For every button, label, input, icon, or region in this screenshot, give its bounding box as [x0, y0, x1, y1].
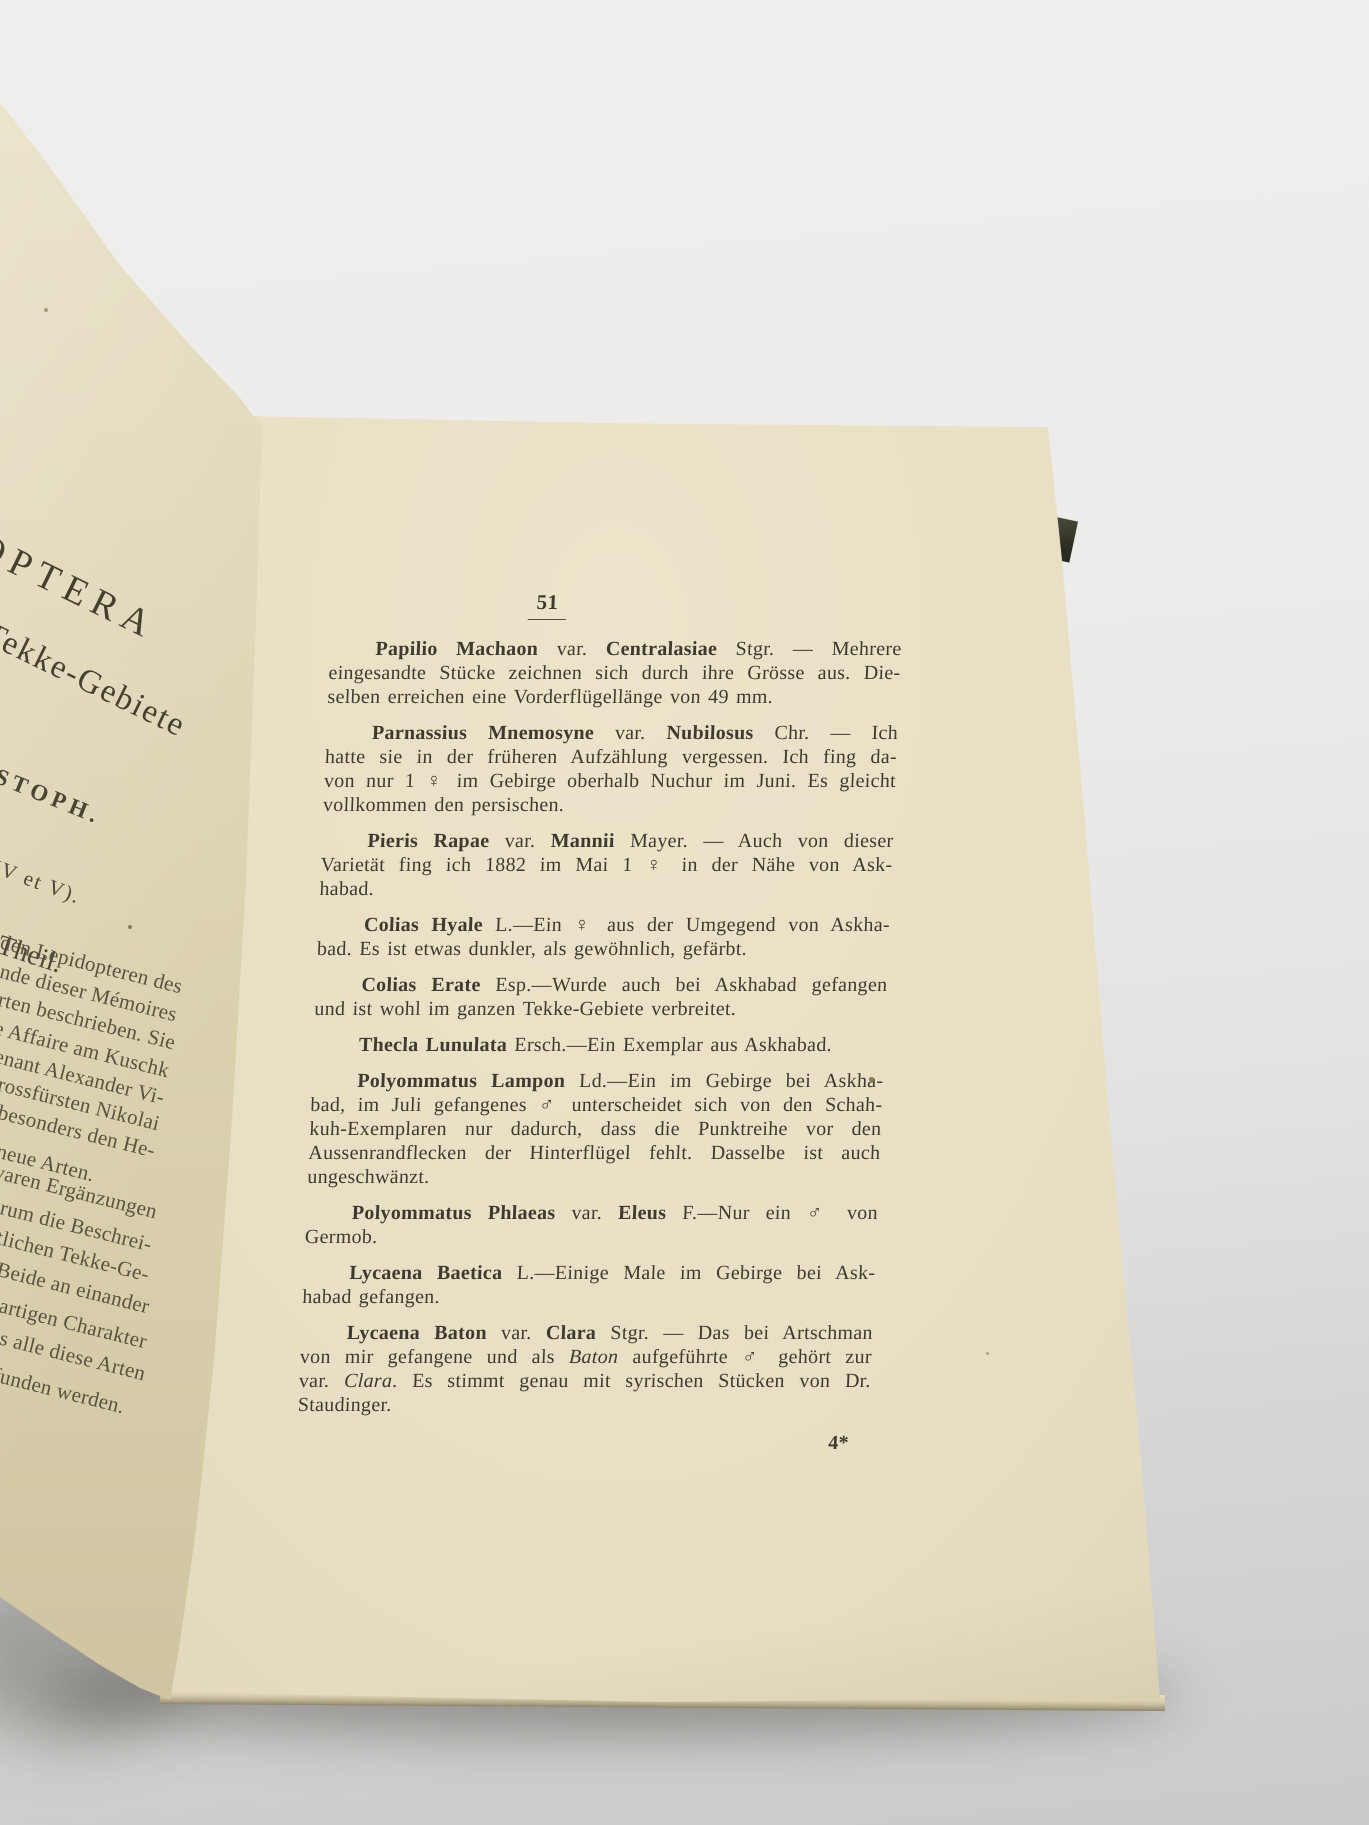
species-name: Mannii	[550, 830, 615, 852]
text-segment: bad, im Juli gefangenes ♂ unterscheidet …	[310, 1094, 883, 1116]
species-name: Papilio Machaon	[375, 638, 539, 660]
text-line: Colias Erate Esp.—Wurde auch bei Askhaba…	[315, 973, 888, 997]
species-name: Polyommatus Phlaeas	[351, 1202, 556, 1224]
text-segment: ungeschwänzt.	[307, 1166, 430, 1188]
text-segment: Ld.—Ein im Gebirge bei Askha-	[565, 1070, 884, 1092]
body-paragraphs: Papilio Machaon var. Centralasiae Stgr. …	[297, 637, 902, 1417]
paragraph: Polyommatus Lampon Ld.—Ein im Gebirge be…	[307, 1069, 884, 1189]
text-line: selben erreichen eine Vorderflügellänge …	[327, 685, 900, 709]
text-line: Lycaena Baetica L.—Einige Male im Gebirg…	[303, 1261, 876, 1285]
paragraph: Papilio Machaon var. Centralasiae Stgr. …	[327, 637, 902, 709]
species-name: Lycaena Baton	[346, 1322, 487, 1344]
text-line: bad, im Juli gefangenes ♂ unterscheidet …	[310, 1093, 883, 1117]
text-segment: habad gefangen.	[302, 1286, 440, 1308]
species-name: Colias Erate	[361, 974, 481, 996]
text-segment: bad. Es ist etwas dunkler, als gewöhnlic…	[316, 938, 747, 960]
text-line: von nur 1 ♀ im Gebirge oberhalb Nuchur i…	[323, 769, 896, 793]
text-segment: Mayer. — Auch von dieser	[614, 830, 894, 852]
text-segment: kuh-Exemplaren nur dadurch, dass die Pun…	[309, 1118, 882, 1140]
text-segment: F.—Nur ein ♂ von	[666, 1202, 879, 1224]
text-segment: Germob.	[304, 1226, 378, 1248]
text-segment: L.—Einige Male im Gebirge bei Ask-	[502, 1262, 876, 1284]
text-line: Polyommatus Phlaeas var. Eleus F.—Nur ei…	[305, 1201, 878, 1225]
text-segment: var.	[538, 638, 607, 660]
species-name: Eleus	[618, 1202, 667, 1224]
species-name: Centralasiae	[605, 638, 717, 660]
text-line: Lycaena Baton var. Clara Stgr. — Das bei…	[300, 1321, 873, 1345]
text-segment: selben erreichen eine Vorderflügellänge …	[327, 686, 774, 708]
text-segment: Chr. — Ich	[753, 722, 898, 744]
text-line: bad. Es ist etwas dunkler, als gewöhnlic…	[316, 937, 889, 961]
text-line: Staudinger.	[297, 1393, 870, 1417]
text-line: kuh-Exemplaren nur dadurch, dass die Pun…	[309, 1117, 882, 1141]
text-line: hatte sie in der früheren Aufzählung ver…	[324, 745, 897, 769]
text-line: Germob.	[304, 1225, 877, 1249]
text-line: ungeschwänzt.	[307, 1165, 880, 1189]
text-line: Thecla Lunulata Ersch.—Ein Exemplar aus …	[312, 1033, 885, 1057]
paragraph: Lycaena Baetica L.—Einige Male im Gebirg…	[302, 1261, 876, 1309]
text-segment: vollkommen den persischen.	[323, 794, 565, 816]
paragraph: Polyommatus Phlaeas var. Eleus F.—Nur ei…	[304, 1201, 878, 1249]
text-segment: eingesandte Stücke zeichnen sich durch i…	[328, 662, 901, 684]
text-line: Pieris Rapae var. Mannii Mayer. — Auch v…	[321, 829, 894, 853]
text-segment: var.	[555, 1202, 619, 1224]
species-name: Nubilosus	[666, 722, 754, 744]
text-line: var. Clara. Es stimmt genau mit syrische…	[298, 1369, 871, 1393]
text-line: habad.	[319, 877, 892, 901]
photo-of-open-book: 51 Papilio Machaon var. Centralasiae Stg…	[0, 0, 1369, 1825]
paragraph: Lycaena Baton var. Clara Stgr. — Das bei…	[297, 1321, 873, 1417]
text-segment: Baton	[569, 1346, 619, 1368]
paper-speck	[869, 1077, 874, 1082]
text-line: eingesandte Stücke zeichnen sich durch i…	[328, 661, 901, 685]
paper-speck	[44, 308, 48, 312]
text-segment: L.—Ein ♀ aus der Umgegend von Askha-	[482, 914, 890, 936]
paper-speck	[986, 1352, 989, 1355]
species-name: Polyommatus Lampon	[357, 1070, 566, 1092]
text-line: und ist wohl im ganzen Tekke-Gebiete ver…	[314, 997, 887, 1021]
text-segment: Varietät fing ich 1882 im Mai 1 ♀ in der…	[320, 854, 893, 876]
species-name: Clara	[545, 1322, 596, 1344]
species-name: Colias Hyale	[363, 914, 483, 936]
text-segment: aufgeführte ♂ gehört zur	[618, 1346, 872, 1368]
left-page-title-fragment: IV et V).	[0, 854, 84, 909]
text-segment: Esp.—Wurde auch bei Askhabad gefangen	[480, 974, 888, 996]
text-segment: von nur 1 ♀ im Gebirge oberhalb Nuchur i…	[324, 770, 897, 792]
left-page-title-fragment: -Tekke-Gebiete	[0, 610, 192, 745]
text-segment: var.	[594, 722, 667, 744]
text-line: habad gefangen.	[302, 1285, 875, 1309]
species-name: Lycaena Baetica	[349, 1262, 503, 1284]
text-segment: und ist wohl im ganzen Tekke-Gebiete ver…	[314, 998, 737, 1020]
text-line: Varietät fing ich 1882 im Mai 1 ♀ in der…	[320, 853, 893, 877]
paper-speck	[128, 925, 132, 929]
text-line: Parnassius Mnemosyne var. Nubilosus Chr.…	[326, 721, 899, 745]
text-segment: habad.	[319, 878, 374, 900]
species-name: Thecla Lunulata	[358, 1034, 507, 1056]
right-page-text-block: 51 Papilio Machaon var. Centralasiae Stg…	[296, 590, 904, 1455]
text-segment: Aussenrandflecken der Hinterflügel fehlt…	[308, 1142, 881, 1164]
text-segment: var.	[298, 1370, 344, 1392]
paragraph: Colias Erate Esp.—Wurde auch bei Askhaba…	[314, 973, 888, 1021]
text-line: Colias Hyale L.—Ein ♀ aus der Umgegend v…	[317, 913, 890, 937]
page-header: 51	[511, 590, 584, 620]
page-number: 51	[528, 590, 567, 620]
signature-mark: 4*	[828, 1431, 869, 1455]
species-name: Pieris Rapae	[367, 830, 490, 852]
paragraph: Parnassius Mnemosyne var. Nubilosus Chr.…	[322, 721, 898, 817]
text-segment: von mir gefangene und als	[299, 1346, 569, 1368]
paragraph: Thecla Lunulata Ersch.—Ein Exemplar aus …	[312, 1033, 885, 1057]
text-segment: Stgr. — Mehrere	[717, 638, 902, 660]
left-page-title-fragment: RISTOPH.	[0, 750, 106, 830]
text-segment: hatte sie in der früheren Aufzählung ver…	[325, 746, 898, 768]
text-line: vollkommen den persischen.	[322, 793, 895, 817]
text-line: Aussenrandflecken der Hinterflügel fehlt…	[308, 1141, 881, 1165]
species-name: Parnassius Mnemosyne	[372, 722, 595, 744]
text-segment: Stgr. — Das bei Artschman	[596, 1322, 874, 1344]
text-line: Papilio Machaon var. Centralasiae Stgr. …	[329, 637, 902, 661]
paragraph: Pieris Rapae var. Mannii Mayer. — Auch v…	[319, 829, 894, 901]
text-segment: Staudinger.	[297, 1394, 392, 1416]
text-segment: Clara	[344, 1370, 393, 1392]
text-line: von mir gefangene und als Baton aufgefüh…	[299, 1345, 872, 1369]
paragraph: Colias Hyale L.—Ein ♀ aus der Umgegend v…	[316, 913, 890, 961]
text-segment: Ersch.—Ein Exemplar aus Askhabad.	[507, 1034, 833, 1056]
text-segment: var.	[489, 830, 551, 852]
text-segment: var.	[486, 1322, 546, 1344]
text-line: Polyommatus Lampon Ld.—Ein im Gebirge be…	[311, 1069, 884, 1093]
text-segment: . Es stimmt genau mit syrischen Stücken …	[392, 1370, 871, 1392]
